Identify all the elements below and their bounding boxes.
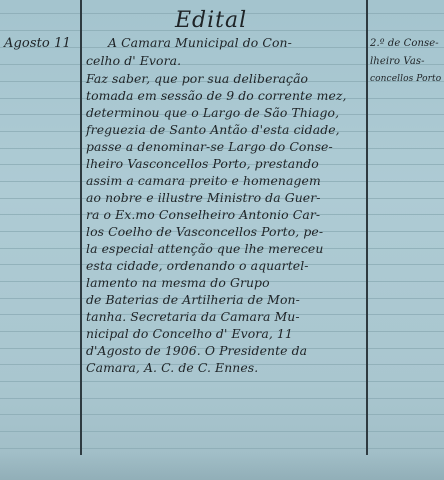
body-line: ao nobre e illustre Ministro da Guer- (86, 190, 321, 205)
ledger-page: Edital Agosto 11 2.º de Conse- lheiro Va… (0, 0, 444, 480)
body-line: Camara, A. C. de C. Ennes. (86, 360, 258, 375)
body-line: ra o Ex.mo Conselheiro Antonio Car- (86, 207, 320, 222)
document-title: Edital (175, 8, 247, 33)
left-margin-rule (80, 0, 82, 455)
rule-line (0, 381, 444, 382)
body-line: la especial attenção que lhe mereceu (86, 241, 323, 256)
body-line: d'Agosto de 1906. O Presidente da (86, 343, 307, 358)
body-line: A Camara Municipal do Con- (108, 35, 292, 50)
body-line: tanha. Secretaria da Camara Mu- (86, 309, 300, 324)
date-entry: Agosto 11 (4, 36, 71, 51)
body-line: tomada em sessão de 9 do corrente mez, (86, 88, 347, 103)
body-line: lamento na mesma do Grupo (86, 275, 270, 290)
rule-line (0, 431, 444, 432)
body-line: celho d' Evora. (86, 53, 181, 68)
right-margin-rule (366, 0, 368, 455)
body-line: assim a camara preito e homenagem (86, 173, 321, 188)
margin-note-line: lheiro Vas- (370, 56, 425, 67)
rule-line (0, 398, 444, 399)
body-line: esta cidade, ordenando o aquartel- (86, 258, 309, 273)
body-line: los Coelho de Vasconcellos Porto, pe- (86, 224, 323, 239)
rule-line (0, 414, 444, 415)
margin-note-line: concellos Porto (370, 74, 441, 84)
body-line: nicipal do Concelho d' Evora, 11 (86, 326, 293, 341)
page-edge-shadow (0, 452, 444, 480)
body-line: lheiro Vasconcellos Porto, prestando (86, 156, 319, 171)
body-line: Faz saber, que por sua deliberação (86, 71, 308, 86)
body-line: de Baterias de Artilheria de Mon- (86, 292, 300, 307)
rule-line (0, 448, 444, 449)
body-line: determinou que o Largo de São Thiago, (86, 105, 339, 120)
body-line: freguezia de Santo Antão d'esta cidade, (86, 122, 340, 137)
body-line: passe a denominar-se Largo do Conse- (86, 139, 333, 154)
margin-note-line: 2.º de Conse- (370, 38, 439, 49)
